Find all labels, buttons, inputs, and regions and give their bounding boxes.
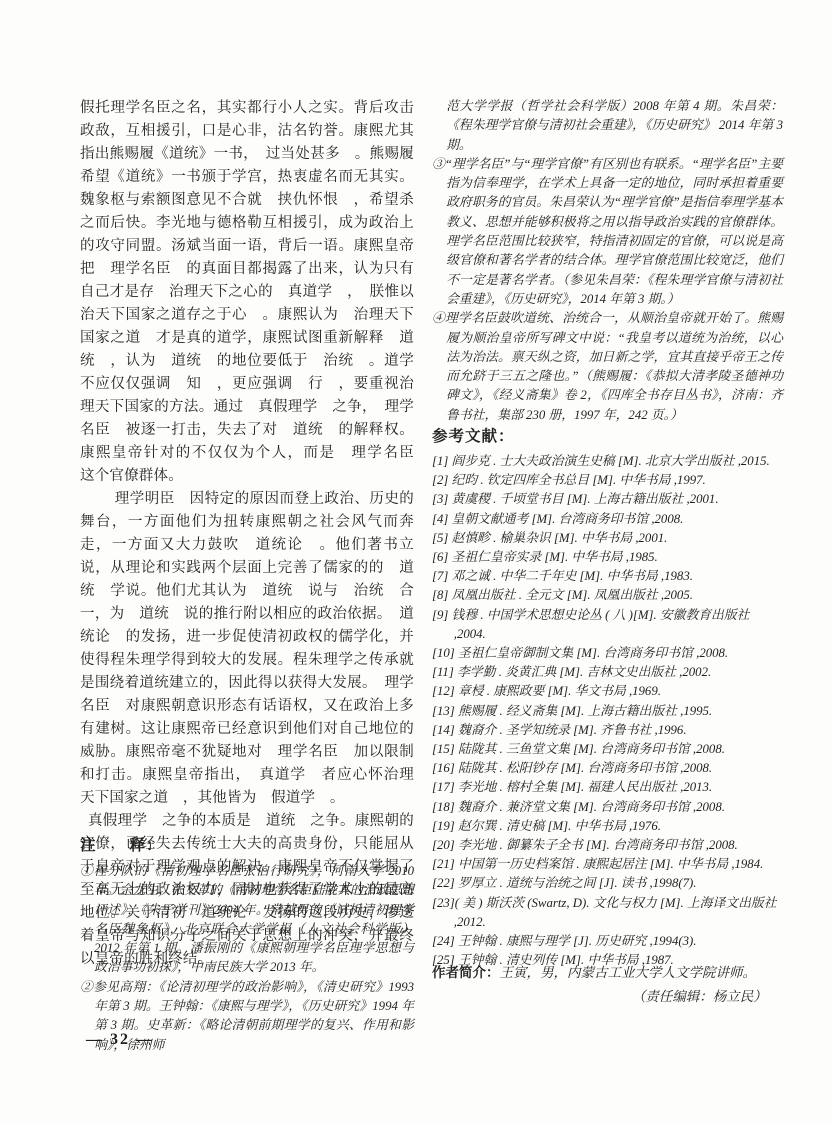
note-1: ①程分队的《清初理学名臣张伯行研究》，河南大学 2010 年。余龙生，张文革的《…	[80, 862, 414, 978]
reference-item-23: [23]( 美 ) 斯沃茨 (Swartz, D). 文化与权力 [M]. 上海…	[432, 894, 783, 932]
notes-section: 注 释： ①程分队的《清初理学名臣张伯行研究》，河南大学 2010 年。余龙生，…	[80, 833, 414, 1055]
reference-item-18: [18] 魏裔介 . 兼济堂文集 [M]. 台湾商务印书馆 ,2008.	[432, 798, 783, 817]
reference-item-5: [5] 赵慎畛 . 榆巢杂识 [M]. 中华书局 ,2001.	[432, 529, 783, 548]
references-section: 参考文献： [1] 阎步克 . 士大夫政治演生史稿 [M]. 北京大学出版社 ,…	[432, 424, 783, 970]
author-section: 作者简介：王寅，男，内蒙古工业大学人文学院讲师。 （责任编辑：杨立民）	[432, 962, 783, 1008]
reference-item-12: [12] 章梫 . 康熙政要 [M]. 华文书局 ,1969.	[432, 682, 783, 701]
notes-heading: 注 释：	[80, 833, 414, 855]
reference-item-11: [11] 李学勤 . 炎黄汇典 [M]. 吉林文史出版社 ,2002.	[432, 663, 783, 682]
note-3: ③“理学名臣”与“理学官僚”有区别也有联系。“理学名臣”主要指为信奉理学，在学术…	[432, 155, 783, 309]
reference-item-1: [1] 阎步克 . 士大夫政治演生史稿 [M]. 北京大学出版社 ,2015.	[432, 452, 783, 471]
reference-item-20: [20] 李光地 . 御纂朱子全书 [M]. 台湾商务印书馆 ,2008.	[432, 836, 783, 855]
reference-item-9: [9] 钱穆 . 中国学术思想史论丛 ( 八 )[M]. 安徽教育出版社 ,20…	[432, 606, 783, 644]
reference-item-10: [10] 圣祖仁皇帝御制文集 [M]. 台湾商务印书馆 ,2008.	[432, 644, 783, 663]
body-paragraph-2: 理学明臣 因特定的原因而登上政治、历史的舞台，一方面他们为扭转康熙朝之社会风气而…	[80, 488, 414, 810]
reference-item-8: [8] 凤凰出版社 . 全元文 [M]. 凤凰出版社 ,2005.	[432, 586, 783, 605]
reference-item-4: [4] 皇朝文献通考 [M]. 台湾商务印书馆 ,2008.	[432, 510, 783, 529]
body-paragraph-1: 假托理学名臣之名，其实都行小人之实。背后攻击政敌，互相援引，口是心非，沽名钓誉。…	[80, 97, 414, 488]
reference-item-15: [15] 陆陇其 . 三鱼堂文集 [M]. 台湾商务印书馆 ,2008.	[432, 740, 783, 759]
notes-section-continued: 范大学学报（哲学社会科学版）2008 年第 4 期。朱昌荣：《程朱理学官僚与清初…	[432, 97, 783, 425]
reference-item-14: [14] 魏裔介 . 圣学知统录 [M]. 齐鲁书社 ,1996.	[432, 721, 783, 740]
reference-item-6: [6] 圣祖仁皇帝实录 [M]. 中华书局 ,1985.	[432, 548, 783, 567]
editor-credit: （责任编辑：杨立民）	[432, 986, 783, 1008]
author-bio-text: 王寅，男，内蒙古工业大学人文学院讲师。	[500, 965, 757, 980]
reference-item-3: [3] 黄虞稷 . 千顷堂书目 [M]. 上海古籍出版社 ,2001.	[432, 490, 783, 509]
note-4: ④理学名臣鼓吹道统、治统合一，从顺治皇帝就开始了。熊赐履为顺治皇帝所写碑文中说：…	[432, 309, 783, 425]
reference-item-17: [17] 李光地 . 榕村全集 [M]. 福建人民出版社 ,2013.	[432, 778, 783, 797]
reference-item-16: [16] 陆陇其 . 松阳钞存 [M]. 台湾商务印书馆 ,2008.	[432, 759, 783, 778]
note-2-continuation: 范大学学报（哲学社会科学版）2008 年第 4 期。朱昌荣：《程朱理学官僚与清初…	[432, 97, 783, 155]
author-bio-label: 作者简介：	[432, 965, 500, 980]
reference-item-21: [21] 中国第一历史档案馆 . 康熙起居注 [M]. 中华书局 ,1984.	[432, 855, 783, 874]
page-number: — 32 —	[86, 1031, 154, 1049]
reference-item-19: [19] 赵尔巽 . 清史稿 [M]. 中华书局 ,1976.	[432, 817, 783, 836]
references-heading: 参考文献：	[432, 424, 783, 446]
reference-item-22: [22] 罗厚立 . 道统与治统之间 [J]. 读书 ,1998(7).	[432, 874, 783, 893]
paper-page: 假托理学名臣之名，其实都行小人之实。背后攻击政敌，互相援引，口是心非，沽名钓誉。…	[0, 0, 833, 1123]
reference-item-2: [2] 纪昀 . 钦定四库全书总目 [M]. 中华书局 ,1997.	[432, 471, 783, 490]
author-bio: 作者简介：王寅，男，内蒙古工业大学人文学院讲师。	[432, 962, 783, 984]
reference-item-13: [13] 熊赐履 . 经义斋集 [M]. 上海古籍出版社 ,1995.	[432, 702, 783, 721]
reference-item-24: [24] 王钟翰 . 康熙与理学 [J]. 历史研究 ,1994(3).	[432, 932, 783, 951]
reference-item-7: [7] 邓之诚 . 中华二千年史 [M]. 中华书局 ,1983.	[432, 567, 783, 586]
